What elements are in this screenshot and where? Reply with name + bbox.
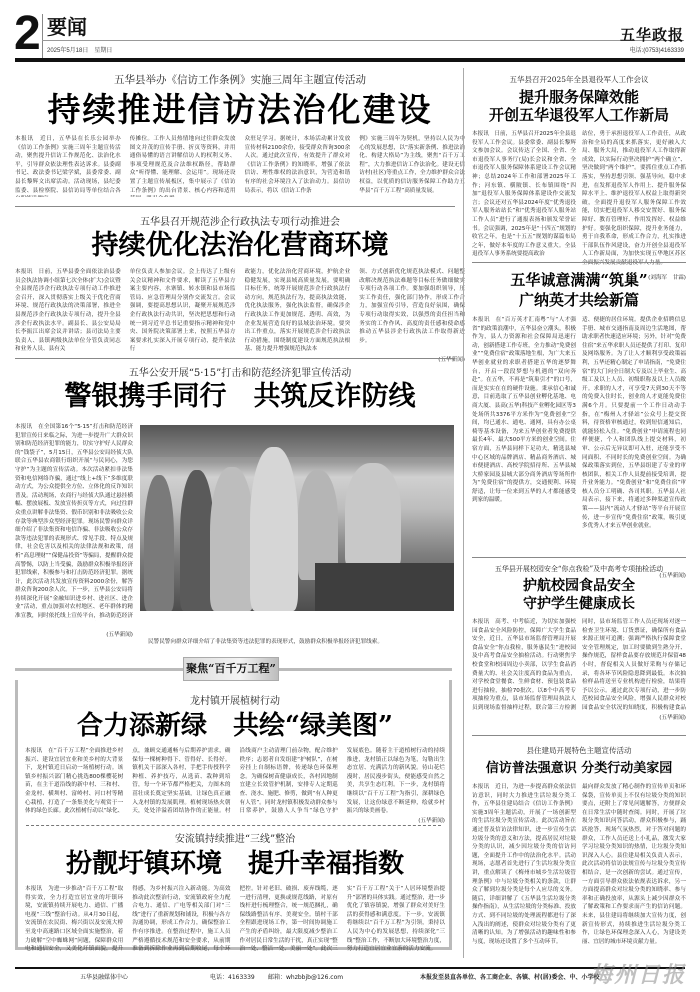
article-headline-line1: 护航校园食品安全	[472, 577, 686, 595]
article-business: 五华县召开规范涉企行政执法专项行动推进会 持续优化法治化营商环境 本报讯 日前，…	[15, 213, 465, 363]
article-veterans: 五华县召开2025年全县退役军人工作会议 提升服务保障效能 开创五华退役军人工作…	[472, 74, 686, 281]
article-three-lines: 安流镇持续推进“三线”整治 扮靓圩镇环境 提升幸福指数 本报讯 为进一步推动“百…	[25, 830, 445, 954]
article-kicker: 县住建局开展特色主题宣传活动	[472, 745, 686, 756]
footer-phone: 电话：4163339	[210, 972, 255, 981]
article-kicker: 五华县开展校园安全“你点我检”及中高考专项抽检活动	[472, 564, 686, 574]
article-column: 本报讯 日前，五华县召开2025年全县退役军人工作会议。县委常委、副县长黎辉文参…	[472, 130, 576, 273]
article-column: 例》实施三周年为契机，坚持以人民为中心的发展思想，以“落实新条例、推进法治化、构…	[359, 135, 465, 197]
article-column: 传摊位。工作人员热情地向过往群众发放图文并茂的宣传手册、折页等资料，并用通俗易懂…	[130, 135, 236, 197]
article-kicker: 五华县召开2025年全县退役军人工作会议	[472, 74, 686, 85]
issue-date: 2025年5月18日 星期日	[47, 45, 112, 54]
article-source: (五华新闻)	[25, 816, 445, 824]
article-column: 把控。针对老旧、破损、废弃线缆，逐一进行清理，更换或规范线路，对原有线杆进行梳理…	[240, 885, 338, 954]
section-divider	[472, 557, 686, 558]
section-divider	[472, 262, 686, 263]
watermark-logo: 梅州日报	[590, 958, 686, 989]
article-headline: 持续推进信访法治化建设	[15, 91, 465, 129]
article-headline-line1: 提升服务保障效能	[472, 88, 686, 106]
article-headline: 信访普法强意识 分类行动美家园	[472, 760, 686, 778]
article-column: 实“百千万工程”关于“人居环境整治提升”部署的具体实践。通过整治，进一步优化了镇…	[347, 885, 445, 954]
masthead-divider	[42, 14, 43, 58]
newspaper-brand: 五华政报	[620, 24, 684, 45]
masthead-phone: 电话:(0753)4163339	[630, 45, 684, 54]
section-divider	[15, 358, 455, 359]
article-food-safety: 五华县开展校园安全“你点我检”及中高考专项抽检活动 护航校园食品安全 守护学生健…	[472, 564, 686, 721]
article-talent: 五华诚意满满“筑巢” 广纳英才共绘新篇 本报讯 在“百万英才汇南粤”与“人才强省…	[472, 270, 686, 579]
article-headline: 警银携手同行 共筑反诈防线	[15, 381, 465, 413]
article-column: 本报讯 近日，五华县在长乐公园举办《信访工作条例》实施三周年主题宣传活动，聚焦提…	[15, 135, 121, 197]
article-column: 沿线商户主动清理门前杂物，配合维护秩序；志愿者自发组建“护树队”，在树旁挂上自制…	[240, 747, 338, 816]
article-anti-fraud: 五华公安开展“5·15”打击和防范经济犯罪宣传活动 警银携手同行 共筑反诈防线	[15, 364, 465, 413]
article-column: 本报讯 在“百万英才汇南粤”与“人才强省”的政策浪潮中，五华县奋立潮头，积极作为…	[472, 316, 576, 571]
news-photo	[140, 425, 454, 611]
article-tree-planting: 龙村镇开展植树行动 合力添新绿 共绘“绿美图” 本报讯 在“百千万工程”全面推进…	[25, 692, 445, 824]
article-column: 本报讯 近日，为进一步提高群众依法信访意识，同时大力推进生活垃圾分类工作，五华县…	[472, 783, 576, 963]
article-column: 得感，为乡村振兴注入新动能。为高效推动此次整治行动，安流镇政府全力配合电力、通信…	[132, 885, 230, 954]
masthead-rule	[42, 40, 684, 41]
masthead-thick-rule	[15, 58, 685, 62]
article-kicker: 五华县举办《信访工作条例》实施三周年主题宣传活动	[15, 72, 465, 87]
article-petition: 五华县举办《信访工作条例》实施三周年主题宣传活动 持续推进信访法治化建设 本报讯…	[15, 72, 465, 197]
section-divider	[472, 735, 686, 736]
article-kicker: 五华县召开规范涉企行政执法专项行动推进会	[15, 213, 465, 228]
photo-figure	[180, 470, 214, 611]
photo-figure	[210, 467, 254, 611]
article-source: (五华新闻)	[15, 630, 133, 638]
photo-figure	[250, 447, 298, 611]
article-source: (五华新闻)	[472, 713, 686, 721]
article-kicker: 五华公安开展“5·15”打击和防范经济犯罪宣传活动	[15, 364, 465, 379]
article-column: 领、方式创新优化规范执法模式、问题整改解决规范执法难题等目标任务做细做实专项行动…	[359, 268, 465, 354]
article-column: 单位负责人参加会议。会上传达了上级有关会议精神和文件要求，解读了五华县方案主要内…	[130, 268, 236, 354]
article-headline: 持续优化法治化营商环境	[15, 230, 465, 262]
column-divider	[463, 68, 464, 958]
footer-rule	[15, 967, 685, 969]
article-kicker: 安流镇持续推进“三线”整治	[25, 830, 445, 845]
page-number: 2	[14, 12, 39, 56]
article-headline: 扮靓圩镇环境 提升幸福指数	[25, 849, 445, 879]
article-column: 本报讯 在全国第16个“5·15”打击和防范经济犯罪宣传日来临之际，为进一步提升…	[15, 423, 133, 621]
photo-canopy	[140, 425, 454, 457]
article-column: 最向群众发放了精心制作的宣传单页和环保袋，宣传单页上不仅有垃圾分类的知识要点，还…	[582, 783, 686, 963]
footer-publisher: 五华县融媒体中心	[80, 972, 128, 981]
footer-distribution: 本报发至县直各单位、各工商企业、各镇、村(居)委会、中、小学校	[420, 972, 600, 981]
article-column: 点，兼顾交通通畅与后期养护需求，确保每一棵树种得下、管得好、长得好。镇机关干部深…	[132, 747, 230, 816]
article-column: 本报讯 日前，五华县委全面依法治县委员会执法协调小组第七次全体(扩大)会议暨全县…	[15, 268, 121, 354]
article-column: 本报讯 为进一步推动“百千万工程”取得实效，全力打造宜居宜业的圩镇环境，安流镇持…	[25, 885, 123, 954]
article-column: 发展底色。随着主干道植树行动的持续推进，龙村镇正以绿色为笔，勾勒出生态宜居、充满…	[347, 747, 445, 816]
article-headline-line2: 开创五华退役军人工作新局	[472, 106, 686, 124]
photo-figure	[144, 475, 174, 611]
photo-figure	[345, 463, 401, 568]
article-column: 本报讯 高考、中考临近，为切实加强校园食品安全风险防控，保障广大学生食品安全，近…	[472, 618, 576, 713]
article-garbage-sorting: 县住建局开展特色主题宣传活动 信访普法强意识 分类行动美家园 本报讯 近日，为进…	[472, 745, 686, 963]
article-kicker: 龙村镇开展植树行动	[25, 692, 445, 707]
article-column: 本报讯 在“百千万工程”全面推进乡村振兴、建设宜居宜业和美乡村的大背景下，龙村镇…	[25, 747, 123, 816]
photo-table	[315, 563, 454, 611]
article-column: 众驻足学习。据统计，本场活动累计发放宣传材料2100余份，接受群众咨询300余人…	[245, 135, 351, 197]
section-divider	[15, 206, 455, 207]
photo-caption: 民警民警向群众详细介绍了非法集资等违法犯罪的表现形式，鼓励群众积极举报经济犯罪线…	[148, 637, 383, 645]
article-column: 站位，勇于承担退役军人工作责任，从政治和全局的高度来抓落实，更好融入大局、服务大…	[582, 130, 686, 273]
section-title: 要闻	[47, 16, 87, 38]
article-headline: 合力添新绿 共绘“绿美图”	[25, 711, 445, 741]
article-source: (五华新闻)	[15, 355, 465, 363]
article-headline-line2: 广纳英才共绘新篇	[472, 290, 686, 310]
dotted-divider	[26, 825, 441, 826]
focus-banner: 聚焦“百千万工程”	[183, 657, 279, 681]
article-column: 适、便捷的居住环境。提供企业招聘信息手册、城市交通指南及周边生活地图，帮助求职者…	[582, 316, 686, 571]
article-headline-line2: 守护学生健康成长	[472, 595, 686, 613]
article-column: 同时，县市场监管工作人员还现场对逐一检查卫生环境、订货票证，确保所有食品来源正规…	[582, 618, 686, 713]
footer-email: 邮箱：whzbbjb@126.com	[268, 972, 343, 981]
article-headline-line1: 五华诚意满满“筑巢”	[472, 270, 686, 290]
article-column: 政能力，优化法治化营商环境，护航企业稳健发展，实现县域高质量发展。要明确目标任务…	[245, 268, 351, 354]
